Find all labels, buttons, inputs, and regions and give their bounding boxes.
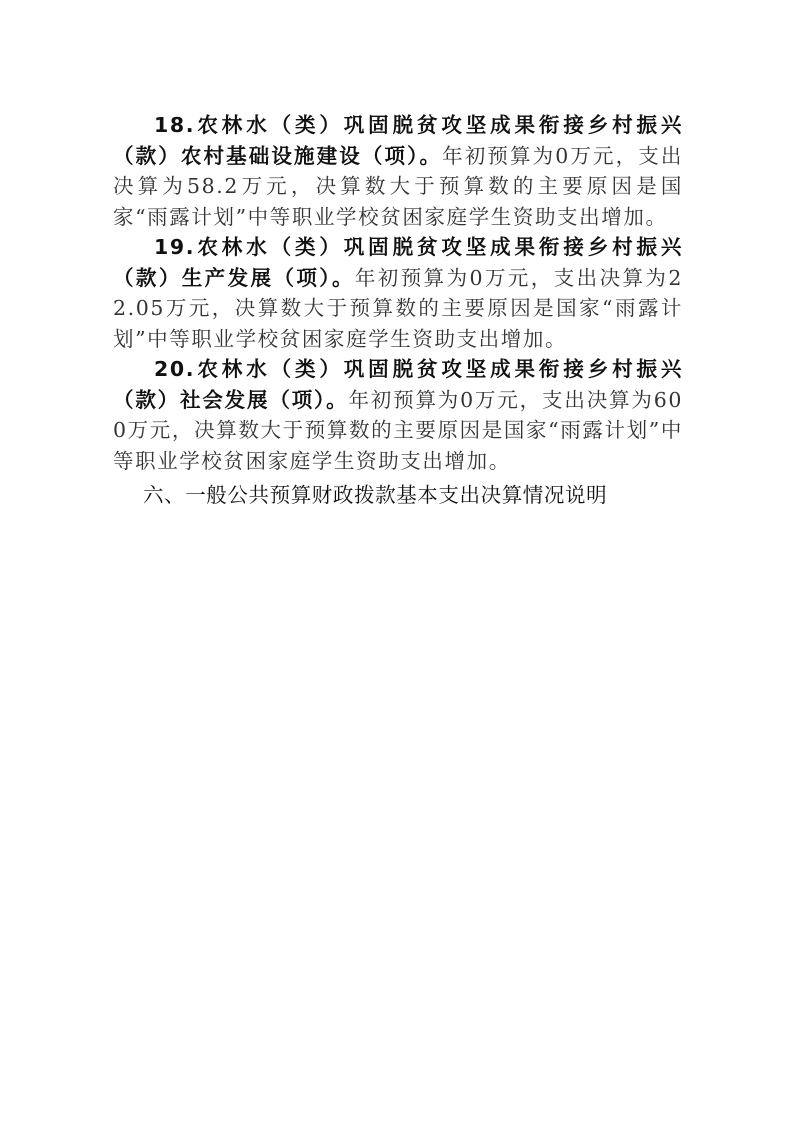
item-number: 19. (154, 235, 195, 259)
item-number: 18. (154, 113, 195, 137)
document-page: 18.农林水（类）巩固脱贫攻坚成果衔接乡村振兴（款）农村基础设施建设（项）。年初… (113, 110, 683, 511)
item-number: 20. (154, 357, 195, 381)
paragraph-item-18: 18.农林水（类）巩固脱贫攻坚成果衔接乡村振兴（款）农村基础设施建设（项）。年初… (113, 110, 683, 232)
paragraph-item-20: 20.农林水（类）巩固脱贫攻坚成果衔接乡村振兴（款）社会发展（项）。年初预算为0… (113, 354, 683, 476)
paragraph-item-19: 19.农林水（类）巩固脱贫攻坚成果衔接乡村振兴（款）生产发展（项）。年初预算为0… (113, 232, 683, 354)
section-heading: 六、一般公共预算财政拨款基本支出决算情况说明 (113, 480, 683, 511)
